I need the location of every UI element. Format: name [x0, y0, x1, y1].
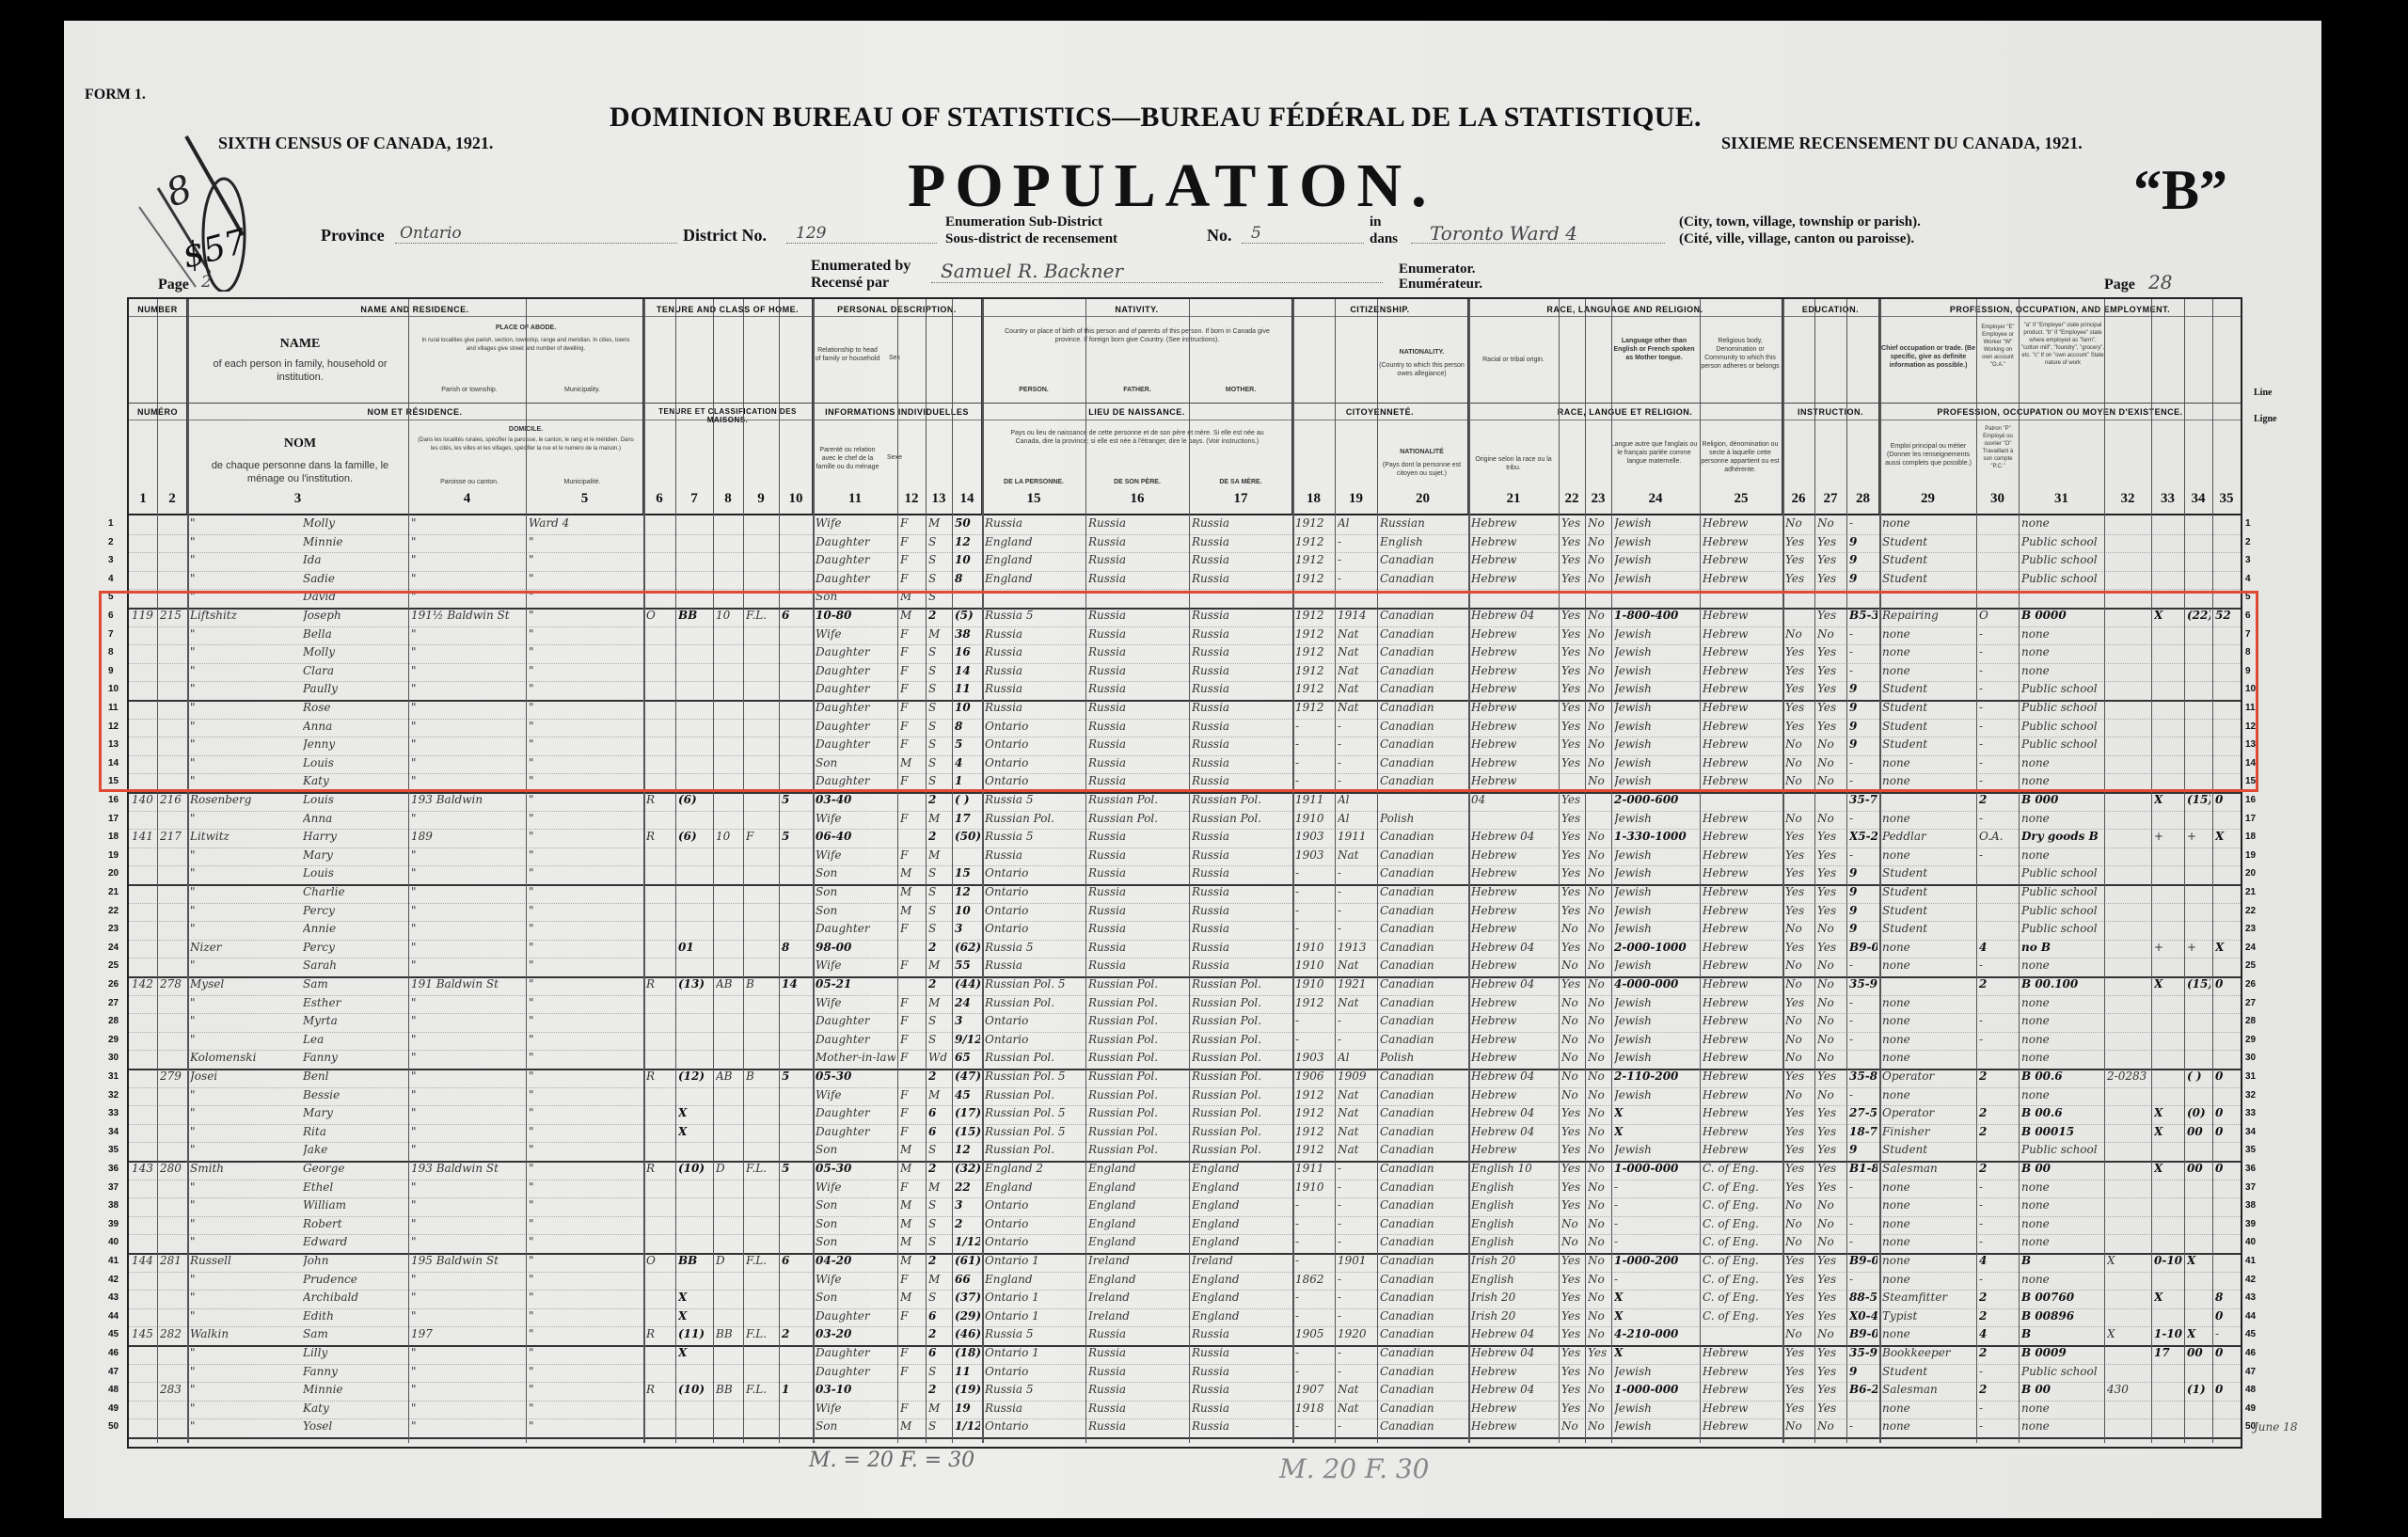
cell-rel: Daughter — [816, 1014, 895, 1027]
cell-read: Yes — [1785, 535, 1813, 548]
table-row: "Molly"Ward 4WifeFM50RussiaRussiaRussia1… — [129, 515, 2241, 535]
cell-c35: 0 — [2215, 977, 2239, 990]
column-number: 35 — [2212, 491, 2241, 507]
cell-c9: F.L. — [746, 1383, 777, 1396]
line-number-left: 22 — [108, 906, 119, 916]
column-number: 26 — [1782, 491, 1814, 507]
cell-ms: 6 — [928, 1346, 950, 1359]
cell-ms: 2 — [928, 1383, 950, 1396]
table-row: "Lea""DaughterFS9/12OntarioRussian Pol.R… — [129, 1032, 2241, 1052]
cell-tenure: R — [646, 1383, 673, 1396]
cell-street: " — [411, 812, 524, 825]
cell-muni: " — [529, 1088, 642, 1101]
cell-imm: - — [1295, 1291, 1333, 1304]
cell-surname: Rosenberg — [190, 793, 298, 806]
cell-tongue: Jewish — [1614, 848, 1698, 862]
subdistrict-no-value: 5 — [1251, 224, 1261, 243]
cell-c8: 10 — [716, 830, 741, 843]
cell-religion: Hebrew — [1703, 1051, 1781, 1064]
cell-occ: none — [1882, 516, 1974, 530]
cell-sex: F — [900, 1180, 924, 1194]
table-row: "Mary""WifeFMRussiaRussiaRussia1903NatCa… — [129, 848, 2241, 867]
cell-imm: 1910 — [1295, 941, 1333, 954]
cell-muni: " — [529, 830, 642, 843]
cell-tongue: Jewish — [1614, 1088, 1698, 1101]
cell-c34: (15) — [2187, 977, 2210, 990]
cell-school: - — [1849, 1217, 1877, 1230]
cell-sex: F — [900, 922, 924, 935]
line-number-right: 37 — [2245, 1182, 2256, 1193]
cell-eng: No — [1561, 1088, 1583, 1101]
cell-read: Yes — [1785, 1125, 1813, 1138]
cell-sex: M — [900, 1143, 924, 1156]
cell-nat_yr: - — [1338, 866, 1375, 879]
cell-sex: M — [900, 885, 924, 898]
cell-occ: none — [1882, 996, 1974, 1009]
cell-mother: Ireland — [1192, 1254, 1291, 1267]
cell-surname: " — [190, 1033, 298, 1046]
cell-religion: C. of Eng. — [1703, 1291, 1781, 1304]
cell-surname: " — [190, 996, 298, 1009]
column-number: 33 — [2151, 491, 2184, 507]
cell-nationality: Canadian — [1380, 1088, 1466, 1101]
line-number-left: 28 — [108, 1016, 119, 1026]
cell-where: none — [2021, 1235, 2102, 1248]
cell-nat_yr: Nat — [1338, 1402, 1375, 1415]
cell-write: Yes — [1817, 1143, 1845, 1156]
cell-muni: " — [529, 1014, 642, 1027]
cell-write: No — [1817, 1235, 1845, 1248]
cell-ms: S — [928, 885, 950, 898]
column-divider — [1700, 299, 1701, 1443]
cell-fr: No — [1588, 1014, 1609, 1027]
cell-age: 50 — [955, 516, 980, 530]
line-number-left: 43 — [108, 1292, 119, 1303]
column-number: 27 — [1814, 491, 1846, 507]
cell-birth: Ontario — [985, 1014, 1084, 1027]
cell-muni: " — [529, 1235, 642, 1248]
cell-sex: F — [900, 1273, 924, 1286]
cell-father: England — [1088, 1180, 1187, 1194]
cell-rel: Daughter — [816, 1125, 895, 1138]
section-race-language-religion: RACE, LANGUAGE AND RELIGION. RACE, LANGU… — [1468, 299, 1782, 514]
column-divider — [779, 299, 780, 1443]
cell-imm: 1910 — [1295, 959, 1333, 972]
cell-age: 17 — [955, 812, 980, 825]
highlight-box-lines-6-15 — [99, 591, 2258, 792]
cell-rel: Wife — [816, 516, 895, 530]
cell-mother: England — [1192, 1217, 1291, 1230]
column-divider — [1782, 299, 1784, 1443]
cell-ms: M — [928, 1402, 950, 1415]
cell-school: - — [1849, 1235, 1877, 1248]
cell-eng: Yes — [1561, 535, 1583, 548]
cell-origin: Hebrew 04 — [1471, 1106, 1557, 1119]
tally-left: M. = 20 F. = 30 — [809, 1449, 974, 1472]
line-number-right: 43 — [2245, 1292, 2256, 1303]
cell-school: 35-76 — [1849, 793, 1877, 806]
cell-school: 9 — [1849, 885, 1877, 898]
cell-given: Rita — [303, 1125, 406, 1138]
cell-given: George — [303, 1162, 406, 1175]
district-label: District No. — [683, 226, 767, 246]
cell-origin: English — [1471, 1273, 1557, 1286]
cell-fr: No — [1588, 1143, 1609, 1156]
cell-c33: X — [2154, 977, 2182, 990]
cell-father: England — [1088, 1273, 1187, 1286]
cell-imm: - — [1295, 1033, 1333, 1046]
cell-nationality: Canadian — [1380, 1070, 1466, 1083]
cell-fr: No — [1588, 1273, 1609, 1286]
cell-rel: Son — [816, 1143, 895, 1156]
cell-origin: Hebrew — [1471, 572, 1557, 585]
cell-tongue: X — [1614, 1346, 1698, 1359]
cell-imm: 1912 — [1295, 535, 1333, 548]
cell-given: Edward — [303, 1235, 406, 1248]
cell-muni: " — [529, 572, 642, 585]
cell-ms: 2 — [928, 830, 950, 843]
cell-nat_yr: - — [1338, 1291, 1375, 1304]
cell-nationality: Canadian — [1380, 830, 1466, 843]
cell-c10: 5 — [782, 1070, 811, 1083]
cell-where: none — [2021, 1014, 2102, 1027]
cell-read: No — [1785, 1235, 1813, 1248]
cell-street: " — [411, 1070, 524, 1083]
column-divider — [1879, 299, 1881, 1443]
table-row: "Jake""SonMS12Russian Pol.Russian Pol.Ru… — [129, 1142, 2241, 1163]
cell-surname: " — [190, 1273, 298, 1286]
cell-street: " — [411, 1235, 524, 1248]
cell-birth: Russian Pol. — [985, 996, 1084, 1009]
cell-eng: Yes — [1561, 830, 1583, 843]
cell-surname: " — [190, 1365, 298, 1378]
column-divider — [897, 299, 898, 1443]
column-divider — [1292, 299, 1294, 1443]
line-number-left: 46 — [108, 1348, 119, 1358]
cell-fr: No — [1588, 1327, 1609, 1340]
cell-given: Annie — [303, 922, 406, 935]
cell-sex: F — [900, 1014, 924, 1027]
cell-nat_yr: - — [1338, 1180, 1375, 1194]
cell-c9: F.L. — [746, 1327, 777, 1340]
cell-school: B6-27 — [1849, 1383, 1877, 1396]
table-row: KolomenskiFanny""Mother-in-lawFWd65Russi… — [129, 1050, 2241, 1070]
cell-fr: No — [1588, 1198, 1609, 1212]
cell-emp: - — [1979, 1235, 2017, 1248]
cell-fr: No — [1588, 1051, 1609, 1064]
cell-father: Russia — [1088, 941, 1187, 954]
line-number-left: 50 — [108, 1421, 119, 1432]
cell-school: 35-96 — [1849, 1346, 1877, 1359]
cell-write: Yes — [1817, 1383, 1845, 1396]
cell-surname: Smith — [190, 1162, 298, 1175]
cell-origin: Hebrew — [1471, 1051, 1557, 1064]
cell-father: Russia — [1088, 553, 1187, 566]
cell-surname: " — [190, 1291, 298, 1304]
cell-c35: 8 — [2215, 1291, 2239, 1304]
cell-imm: 1862 — [1295, 1273, 1333, 1286]
cell-father: Russian Pol. — [1088, 1106, 1187, 1119]
cell-ms: 2 — [928, 1327, 950, 1340]
cell-family: 281 — [160, 1254, 185, 1267]
cell-religion: Hebrew — [1703, 1033, 1781, 1046]
cell-eng: Yes — [1561, 1327, 1583, 1340]
cell-c34: (0) — [2187, 1106, 2210, 1119]
cell-given: Katy — [303, 1402, 406, 1415]
cell-home: X — [678, 1125, 711, 1138]
cell-religion: Hebrew — [1703, 1014, 1781, 1027]
cell-tenure: O — [646, 1254, 673, 1267]
cell-nationality: Polish — [1380, 812, 1466, 825]
cell-emp: 2 — [1979, 977, 2017, 990]
cell-fr: No — [1588, 904, 1609, 917]
cell-emp: - — [1979, 1033, 2017, 1046]
section-profession: PROFESSION, OCCUPATION, AND EMPLOYMENT. … — [1879, 299, 2241, 514]
cell-father: Russia — [1088, 1365, 1187, 1378]
cell-eng: Yes — [1561, 812, 1583, 825]
cell-nat_yr: - — [1338, 1365, 1375, 1378]
cell-tenure: R — [646, 830, 673, 843]
cell-muni: " — [529, 553, 642, 566]
cell-school: B9-00 — [1849, 1254, 1877, 1267]
line-number-left: 23 — [108, 924, 119, 934]
cell-write: Yes — [1817, 1365, 1845, 1378]
cell-occ: none — [1882, 812, 1974, 825]
cell-read: Yes — [1785, 1180, 1813, 1194]
cell-imm: 1906 — [1295, 1070, 1333, 1083]
cell-nat_yr: - — [1338, 885, 1375, 898]
cell-origin: Hebrew 04 — [1471, 1125, 1557, 1138]
cell-street: " — [411, 1033, 524, 1046]
column-divider — [743, 299, 744, 1443]
cell-c35: X — [2215, 941, 2239, 954]
cell-muni: " — [529, 1402, 642, 1415]
cell-eng: Yes — [1561, 1291, 1583, 1304]
line-number-left: 38 — [108, 1200, 119, 1211]
cell-where: none — [2021, 959, 2102, 972]
line-number-left: 33 — [108, 1108, 119, 1118]
cell-birth: Ontario — [985, 1419, 1084, 1433]
cell-read: Yes — [1785, 1291, 1813, 1304]
cell-mother: Russia — [1192, 553, 1291, 566]
cell-surname: " — [190, 959, 298, 972]
cell-father: Russian Pol. — [1088, 1125, 1187, 1138]
line-number-right: 24 — [2245, 943, 2256, 953]
cell-father: Russia — [1088, 535, 1187, 548]
cell-ms: S — [928, 1014, 950, 1027]
cell-given: Prudence — [303, 1273, 406, 1286]
cell-write: Yes — [1817, 1070, 1845, 1083]
cell-rel: Wife — [816, 1088, 895, 1101]
line-number-left: 16 — [108, 795, 119, 805]
cell-imm: 1918 — [1295, 1402, 1333, 1415]
cell-fr: No — [1588, 516, 1609, 530]
cell-father: Russia — [1088, 1419, 1187, 1433]
cell-write: No — [1817, 996, 1845, 1009]
cell-rel: 98-00 — [816, 941, 895, 954]
cell-religion: C. of Eng. — [1703, 1162, 1781, 1175]
cell-imm: 1912 — [1295, 1088, 1333, 1101]
column-divider — [926, 299, 927, 1443]
cell-sex: M — [900, 1217, 924, 1230]
cell-dwelling: 143 — [132, 1162, 155, 1175]
cell-nat_yr: Nat — [1338, 1088, 1375, 1101]
ligne-label: Ligne — [2254, 414, 2276, 424]
line-number-right: 28 — [2245, 1016, 2256, 1026]
cell-ms: M — [928, 1180, 950, 1194]
cell-father: Ireland — [1088, 1254, 1187, 1267]
cell-fr: No — [1588, 1383, 1609, 1396]
cell-c35: 0 — [2215, 793, 2239, 806]
cell-occ: Salesman — [1882, 1383, 1974, 1396]
cell-where: Public school — [2021, 922, 2102, 935]
cell-imm: 1910 — [1295, 977, 1333, 990]
cell-surname: Walkin — [190, 1327, 298, 1340]
cell-emp: 2 — [1979, 1346, 2017, 1359]
cell-fr: No — [1588, 866, 1609, 879]
cell-occ: Student — [1882, 553, 1974, 566]
cell-where: none — [2021, 1402, 2102, 1415]
cell-c10: 8 — [782, 941, 811, 954]
line-number-left: 41 — [108, 1256, 119, 1266]
cell-c35: X — [2215, 830, 2239, 843]
column-number: 14 — [952, 491, 982, 507]
cell-rel: 03-40 — [816, 793, 895, 806]
cell-age: 1/12 — [955, 1235, 980, 1248]
cell-nat_yr: - — [1338, 553, 1375, 566]
cell-school: 9 — [1849, 535, 1877, 548]
cell-c33: + — [2154, 941, 2182, 954]
cell-fr: No — [1588, 1217, 1609, 1230]
cell-read: Yes — [1785, 996, 1813, 1009]
table-row: "Edith""XDaughterF6(29)Ontario 1IrelandE… — [129, 1308, 2241, 1328]
cell-given: Percy — [303, 941, 406, 954]
cell-street: " — [411, 1198, 524, 1212]
line-number-left: 19 — [108, 850, 119, 861]
cell-c34: 00 — [2187, 1125, 2210, 1138]
cell-origin: Hebrew 04 — [1471, 1346, 1557, 1359]
cell-muni: " — [529, 1273, 642, 1286]
column-divider — [813, 299, 815, 1443]
cell-read: No — [1785, 1051, 1813, 1064]
cell-write: Yes — [1817, 904, 1845, 917]
cell-occ: Student — [1882, 866, 1974, 879]
cell-write: Yes — [1817, 1273, 1845, 1286]
table-row: NizerPercy""01898-002(62)Russia 5RussiaR… — [129, 940, 2241, 959]
line-number-right: 29 — [2245, 1035, 2256, 1045]
cell-sex: M — [900, 904, 924, 917]
cell-rel: Daughter — [816, 1309, 895, 1323]
cell-father: Russian Pol. — [1088, 1143, 1187, 1156]
cell-religion: C. of Eng. — [1703, 1309, 1781, 1323]
cell-home: X — [678, 1291, 711, 1304]
cell-sex: M — [900, 1254, 924, 1267]
cell-street: " — [411, 996, 524, 1009]
table-row: "Mary""XDaughterF6(17)Russian Pol. 5Russ… — [129, 1105, 2241, 1125]
cell-eng: Yes — [1561, 885, 1583, 898]
cell-where: B 00 — [2021, 1383, 2102, 1396]
cell-eng: Yes — [1561, 516, 1583, 530]
cell-age: (15) — [955, 1125, 980, 1138]
cell-emp: 4 — [1979, 1327, 2017, 1340]
cell-nationality: Canadian — [1380, 1419, 1466, 1433]
cell-school: X5-20 — [1849, 830, 1877, 843]
cell-write: Yes — [1817, 572, 1845, 585]
census-title-fr: SIXIEME RECENSEMENT DU CANADA, 1921. — [1721, 134, 2083, 153]
cell-mother: Russia — [1192, 535, 1291, 548]
cell-sex: F — [900, 1309, 924, 1323]
table-row: "Sadie""DaughterFS8EnglandRussiaRussia19… — [129, 571, 2241, 591]
cell-fr: No — [1588, 959, 1609, 972]
cell-rel: Wife — [816, 848, 895, 862]
cell-nationality: Canadian — [1380, 1217, 1466, 1230]
cell-nat_yr: - — [1338, 572, 1375, 585]
cell-surname: " — [190, 1014, 298, 1027]
cell-surname: " — [190, 572, 298, 585]
cell-origin: Hebrew 04 — [1471, 977, 1557, 990]
cell-where: none — [2021, 1198, 2102, 1212]
line-number-left: 24 — [108, 943, 119, 953]
cell-birth: Ontario — [985, 1365, 1084, 1378]
cell-tongue: - — [1614, 1217, 1698, 1230]
cell-where: none — [2021, 1217, 2102, 1230]
cell-imm: - — [1295, 922, 1333, 935]
cell-home: (6) — [678, 793, 711, 806]
cell-fr: No — [1588, 535, 1609, 548]
cell-muni: " — [529, 535, 642, 548]
cell-age: (19) — [955, 1383, 980, 1396]
cell-c34: 00 — [2187, 1162, 2210, 1175]
section-name-residence: NAME AND RESIDENCE. NOM ET RÉSIDENCE. NA… — [187, 299, 643, 514]
line-number-left: 49 — [108, 1403, 119, 1414]
cell-birth: Russian Pol. — [985, 1088, 1084, 1101]
in-label: in — [1370, 214, 1382, 230]
cell-nat_yr: - — [1338, 1162, 1375, 1175]
cell-tongue: Jewish — [1614, 1143, 1698, 1156]
cell-nationality: Canadian — [1380, 1162, 1466, 1175]
cell-imm: - — [1295, 1014, 1333, 1027]
cell-imm: - — [1295, 885, 1333, 898]
cell-fr: No — [1588, 1309, 1609, 1323]
cell-muni: " — [529, 904, 642, 917]
cell-given: Edith — [303, 1309, 406, 1323]
line-number-left: 47 — [108, 1367, 119, 1377]
cell-c32: 2-0283 — [2107, 1070, 2149, 1083]
cell-father: Russia — [1088, 848, 1187, 862]
cell-read: Yes — [1785, 1383, 1813, 1396]
cell-tongue: - — [1614, 1235, 1698, 1248]
cell-muni: " — [529, 1125, 642, 1138]
cell-write: No — [1817, 1033, 1845, 1046]
cell-tongue: Jewish — [1614, 1014, 1698, 1027]
cell-age: 8 — [955, 572, 980, 585]
cell-mother: Russian Pol. — [1192, 1106, 1291, 1119]
cell-birth: Ontario — [985, 904, 1084, 917]
cell-nat_yr: - — [1338, 1273, 1375, 1286]
cell-father: Russia — [1088, 1327, 1187, 1340]
cell-home: (10) — [678, 1383, 711, 1396]
cell-emp: - — [1979, 1198, 2017, 1212]
cell-given: Sadie — [303, 572, 406, 585]
column-number: 7 — [675, 491, 713, 507]
cell-sex: F — [900, 1088, 924, 1101]
cell-nat_yr: - — [1338, 1419, 1375, 1433]
cell-religion: Hebrew — [1703, 1088, 1781, 1101]
cell-write: Yes — [1817, 1291, 1845, 1304]
cell-origin: Hebrew 04 — [1471, 830, 1557, 843]
cell-occ: none — [1882, 1198, 1974, 1212]
schedule-letter: “B” — [2133, 158, 2227, 223]
